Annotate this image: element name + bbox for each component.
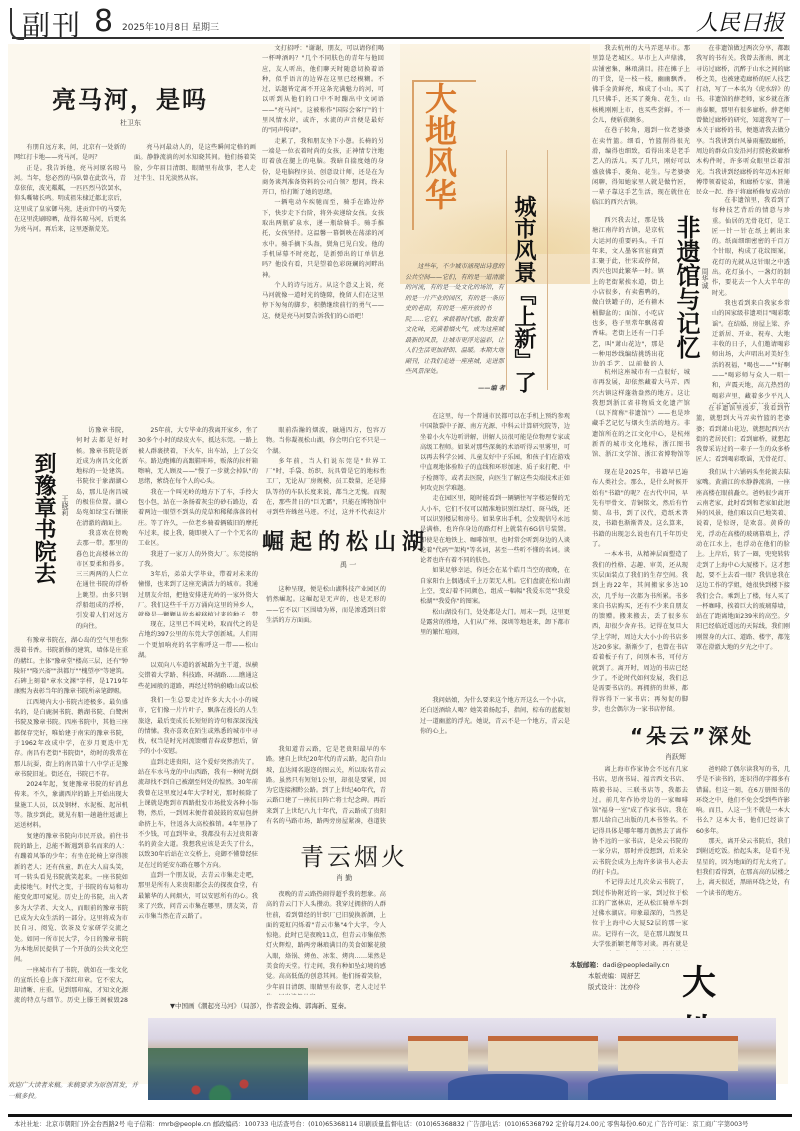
article-author-qingyun: 肖 勤	[336, 873, 352, 883]
paragraph: 如果足够幸运，你还会在某个皓月当空的夜晚，在自家阳台上偶遇成千上万架无人机。它们…	[420, 566, 570, 607]
article-body-feiyi-col1c: 杭州这座城市有一点很好，城市再发展，却依然藏着大马弄、西兴古镇这样蓬勃盎然的地方…	[592, 368, 690, 460]
paragraph: 一本本书，从精神层面塑造了我们的性格、志趣、审美，还从现实层面装点了我们的生存空…	[592, 550, 688, 715]
paragraph: 正是。我告诉他，亮马河原名晾马河。当年，您必烈的马队曾在此饮马，青草依依，波光粼…	[14, 164, 126, 236]
paragraph: 一座城市有了书院，就如在一张文化的宣纸长卷上落下深红印章。它不宏大，却清晰、庄重…	[14, 966, 128, 1007]
paragraph: 现在，这里已不叫光岭，取而代之的是占地约397公里的东莞大学创新城。人们用一个更…	[138, 620, 258, 661]
designer-name: 沈亦伶	[621, 983, 641, 991]
article-title-songshanhu: 崛起的松山湖	[262, 525, 430, 556]
editor-name: 周舒艺	[621, 972, 641, 980]
paragraph: 我问姑娘，为什么要来这个地方开这么一个小店，还白送酒给人喝？她笑着扬起手，指间，…	[420, 696, 570, 737]
article-body-songshanhu-col1b: 现在，这里已不叫光岭，取而代之的是占地约397公里的东莞大学创新城。人们用一个更…	[138, 620, 258, 692]
article-body-feiyi-col1b: 西兴我去过，那是钱塘江南岸的古镇，是京杭大运河的重要码头。千百年来，文人墨客官宦…	[592, 216, 664, 366]
issue-date: 2025年10月8日 星期三	[122, 20, 219, 33]
paragraph: 在非遗馆做过两次分享，都跟我写的书有关。我曾去浙南、闽北寻访过廊桥，沉醉于山水之…	[696, 44, 790, 194]
paragraph: 我在一个叫光岭的地方下了车，手拎大包小包，站在一条扬着灰尘的砂石路边，看着两边一…	[138, 488, 258, 550]
paragraph: 以双向八车道的新城路为主干道，纵横交错着大学路、科技路、环湖路……瞧通这些花园般…	[138, 661, 258, 692]
email-label: 本版邮箱：	[570, 961, 603, 969]
article-body-qingyun-col2b: 夜晚的青云路热闹得超乎我的想象。高高的青云门下人头攒动。我穿过拥挤的人群往前，看…	[266, 890, 386, 995]
shrub-illustration	[448, 1074, 568, 1100]
article-body-songshanhu-col2b: 这种呈现，便是松山湖科技产业园区的悄然崛起。这崛起是无声的，也是无形的——它不以…	[266, 585, 386, 693]
paragraph: 访豫章书院，何时去都是好时候。豫章书院是新近成为南昌文化新地标的一处建筑。书院位…	[76, 426, 128, 529]
article-author-yuzhang: 王晓莉	[60, 495, 70, 516]
article-author-liangmahe: 杜卫东	[120, 118, 141, 128]
masthead: 副刊 8 2025年10月8日 星期三 人民日报	[8, 0, 792, 38]
paragraph: 我们从十六铺码头坐轮渡去陆家嘴。黄浦江的水静静流淌，一座座高楼在眼前矗立。爸妈很…	[696, 468, 790, 653]
paragraph: 在非遗馆里漫步，我看到竹篮，就想到大马弄卖竹篮的老婆婆；看到萧山花边，就想起西兴…	[696, 404, 790, 466]
paragraph: 有豫章书院在，湖心岛的空气里也弥漫着书香。书院新修的建筑，墙体是庄重的赭红。主体…	[14, 636, 128, 698]
building-illustration	[618, 1036, 738, 1071]
painting-image	[148, 1018, 776, 1100]
building-illustration	[488, 1036, 598, 1071]
paragraph: 文打招呼："谢谢，朋友，可以请你们喝一杯啤酒吗？"几个不同肤色的青年与他回应，友…	[262, 44, 384, 137]
paragraph: 离上海市作家协会不远有几家书店，思南书局、福音西文书店、陈毅书局、三联书店等，我…	[592, 765, 688, 878]
paragraph: 西兴我去过，那是钱塘江南岸的古镇，是京杭大运河的重要码头。千百年来，文人墨客官宦…	[592, 216, 664, 366]
footer-rule	[8, 1114, 792, 1117]
paragraph: 一辆电动车疾驰而至，骑手在路边停下，快步走下台阶，将外卖递给女孩。女孩取出两瓶矿…	[262, 198, 384, 280]
paragraph: 那天，离开朵云书院后，我们到附近吃饭。抬起头来，是看不见星星的，因为地面的灯光太…	[696, 837, 790, 899]
paragraph: 夜晚的青云路热闹得超乎我的想象。高高的青云门下人头攒动。我穿过拥挤的人群往前，看…	[266, 890, 386, 995]
editorial-info: 本版邮箱：dadi@peopledaily.cn 本版责编：周舒艺 版式设计：沈…	[570, 960, 669, 993]
shrub-illustration	[588, 1074, 728, 1100]
article-body-liangmahe-col1: 有朋自远方来，问，北京有一处新的网红打卡地——亮马河，是吗？ 正是。我告诉他，亮…	[14, 143, 126, 361]
flower-illustration	[148, 1048, 308, 1100]
paragraph: 直到一个朋友说，去青云市集走走吧，那里是所有人来贵阳都会去的探夜食堂，有最繁华的…	[138, 871, 258, 922]
article-body-duoyun-col2b: 爸妈除了偶尔读我写的书，几乎是不读书的，连识得的字都多有错漏。但这一刻，在6万册…	[696, 765, 790, 951]
article-body-feiyi-col1: 我去杭州的大马弄逛早市。那里算是老城区。早市上人声鼎沸，店铺密集，琳琅满目。挂在…	[592, 44, 690, 214]
paragraph: 3年后，弟弟大学毕业，带着对未来的憧憬，也来到了这座充满活力的城市。我通过朋友介…	[138, 570, 258, 616]
editor-intro: 这些年，不少城市涌现出诗意的公共空间——它们，有的是一道清澈的河流，有的是一处文…	[405, 262, 505, 394]
article-title-liangmahe: 亮马河，是吗	[52, 80, 208, 115]
paragraph: 25年前，大专毕业的我离开家乡，坐了30多个小时的绿皮火车，抵达东莞。一路上被人…	[138, 426, 258, 488]
vertical-rule	[506, 150, 507, 390]
article-title-qingyun: 青云烟火	[300, 837, 408, 872]
masthead-rule	[12, 37, 784, 39]
submission-callout: 欢迎广大读者来稿。来稿要求为原创首发，并一稿多投。	[8, 1080, 138, 1102]
paragraph: 我也看到来自我家乡常山的国家级非遗项目"喝彩歌谣"。在结婚、房屋上梁、乔迁新居、…	[712, 299, 790, 404]
intro-sign: ——编 者	[405, 384, 505, 395]
paragraph: 复建的豫章书院向市民开放。前往书院的路上，总能不断遇到慕名而来的人：有蹦着风筝的…	[14, 832, 128, 966]
paragraph: 亮马河最动人的，是这些瞬间定格的画面。静静流淌的河水知晓其间。他们扬着笑脸，少年…	[134, 143, 256, 184]
paragraph: 多年前，当人们说东莞是"世界工厂"时，手袋、纺织、玩具曾是它的地标性工厂，无论从…	[266, 457, 386, 516]
painting-caption: ▼中国画《潮起亮马河》（局部），作者段金梅、郭海新、夏秦。	[170, 1001, 351, 1010]
article-body-songshanhu-col2: 眼前浩瀚的烟波，融通四方，包容万物。当你凝视松山湖，你会明白它不只是一个湖。 多…	[266, 426, 386, 516]
paragraph: 现在是2025年，书籍早已遍布人类社会。那么，是什么时候开始有"书籍"的呢？在古…	[592, 468, 688, 550]
intro-text: 这些年，不少城市涌现出诗意的公共空间——它们，有的是一道清澈的河流，有的是一处文…	[405, 262, 505, 378]
feature-title: 城市风景『上新』了	[510, 195, 538, 393]
paragraph: 我们一生总要走过许多大大小小的城市，它们像一片片叶子，飘落在漫长的人生旅途，最后…	[138, 696, 258, 758]
article-body-yuzhang-col2: 有豫章书院在，湖心岛的空气里也弥漫着书香。书院新修的建筑，墙体是庄重的赭红。主体…	[14, 636, 128, 1006]
article-body-liangmahe-col3: 文打招呼："谢谢，朋友，可以请你们喝一杯啤酒吗？"几个不同肤色的青年与他回应，友…	[262, 44, 384, 406]
paragraph: 我去杭州的大马弄逛早市。那里算是老城区。早市上人声鼎沸，店铺密集，琳琅满目。挂在…	[592, 44, 690, 126]
designer-label: 版式设计：	[588, 983, 621, 991]
paragraph: 江西境内大小书院古迹极多。最负盛名的，是白鹿洞书院、鹅湖书院、白鹭洲书院及豫章书…	[14, 698, 128, 780]
article-body-qingyun-col3: 我问姑娘，为什么要来这个地方开这么一个小店，还白送酒给人喝？她笑着扬起手，指间，…	[420, 696, 570, 996]
newspaper-logo: 人民日报	[696, 6, 784, 37]
article-author-songshanhu: 禹 一	[340, 560, 356, 570]
article-author-feiyi: 周华诚	[700, 268, 710, 289]
article-body-feiyi-col2: 在非遗馆做过两次分享，都跟我写的书有关。我曾去浙南、闽北寻访过廊桥，沉醉于山水之…	[696, 44, 790, 194]
paragraph: 我进了一家万人的外资大厂。东莞接纳了我。	[138, 550, 258, 571]
paragraph: 有朋自远方来，问，北京有一处新的网红打卡地——亮马河，是吗？	[14, 143, 126, 164]
paragraph: 我喜欢在傍晚去那一带。那里的暮色比高楼林立的市区要柔和得多。三三两两的人伫立在通…	[76, 529, 128, 632]
article-title-duoyun: “朵云”深处	[630, 720, 754, 749]
paragraph: 直到走进贵阳，这个爱好突然消失了。站在车水马龙的中山西路，我有一种时光倒流却找不…	[138, 758, 258, 871]
paragraph: 爸妈除了偶尔读我写的书，几乎是不读书的，连识得的字都多有错漏。但这一刻，在6万册…	[696, 765, 790, 837]
paragraph: 在巷子转角，遇到一位老婆婆在卖竹篮。细看，竹篮削得很光滑，编得也细致，看得出来是…	[592, 126, 690, 208]
paragraph: 2024年起，复建豫章书院的好消息传来。不久，象湖西岸的路上开始出现大量施工人员…	[14, 780, 128, 831]
paragraph: 个人的诗与远方。从这个意义上说，亮马河就像一道时光的缝隙，挽留人们在这里停下匆匆…	[262, 281, 384, 322]
article-title-feiyi: 非遗馆与记忆	[672, 215, 700, 359]
paragraph: 杭州这座城市有一点很好，城市再发展，却依然藏着大马弄、西兴古镇这样蓬勃盎然的地方…	[592, 368, 690, 460]
paragraph: 松山湖没有门，处处都是大门。周末一到，这里更是露营的胜地，人们从广州、深圳等地赶…	[420, 608, 570, 639]
page-number: 8	[94, 4, 113, 39]
article-title-yuzhang: 到豫章书院去	[28, 452, 60, 584]
paragraph: 不记得去过几次朵云书院了，到过作协附近的一家，到过位于松江的广富林店，还从松江骑…	[592, 878, 688, 951]
footer-info: 本社社址：北京市朝阳门外金台西路2号 电子信箱：rmrb@people.cn 邮…	[14, 1119, 794, 1128]
article-body-duoyun-col2: 我们从十六铺码头坐轮渡去陆家嘴。黄浦江的水静静流淌，一座座高楼在眼前矗立。爸妈很…	[696, 468, 790, 718]
column-title: 大地风华	[420, 82, 458, 210]
article-body-songshanhu-col3: 在这里，每一个普通市民都可以在手机上预约参观中国散裂中子源、南方光源、中科云计算…	[420, 412, 570, 692]
paragraph: 走在园区里，随时能看到一辆辆往写字楼运餐的无人小车，它们不仅可以精准地识别红绿灯…	[420, 494, 570, 566]
article-body-qingyun-col2: 我知道青云路，它是老贵阳最早的车路。建自上世纪20年代的青云路，起自青山坡，直达…	[266, 745, 386, 825]
dadi-fenghua-banner: 大地风华	[400, 44, 590, 284]
paragraph: 这种呈现，便是松山湖科技产业园区的悄然崛起。这崛起是无声的，也是无形的——它不以…	[266, 585, 386, 626]
article-body-duoyun-col1b: 离上海市作家协会不远有几家书店，思南书局、福音西文书店、陈毅书局、三联书店等，我…	[592, 765, 688, 951]
article-author-duoyun: 肖跃辉	[665, 752, 686, 762]
article-body-songshanhu-col1: 25年前，大专毕业的我离开家乡，坐了30多个小时的绿皮火车，抵达东莞。一路上被人…	[138, 426, 258, 616]
paragraph: 走累了，我和朋友坐下小憩。长椅的另一端是一位衣着时尚的女孩，正神情专注地盯着放在…	[262, 137, 384, 199]
article-body-duoyun-col1: 现在是2025年，书籍早已遍布人类社会。那么，是什么时候开始有"书籍"的呢？在古…	[592, 468, 688, 718]
vertical-rule	[547, 150, 548, 390]
email-link[interactable]: dadi@peopledaily.cn	[603, 961, 670, 969]
article-body-feiyi-col4: 在非遗馆里漫步，我看到竹篮，就想到大马弄卖竹篮的老婆婆；看到萧山花边，就想起西兴…	[696, 404, 790, 466]
article-body-qingyun-col1: 我们一生总要走过许多大大小小的城市，它们像一片片叶子，飘落在漫长的人生旅途，最后…	[138, 696, 258, 996]
article-body-feiyi-col3: 在非遗馆里，我看到了每种技艺背后的情意与珍重。仙居的无骨花灯，是工匠一针一针在纸…	[712, 196, 790, 404]
article-body-liangmahe-col2: 亮马河最动人的，是这些瞬间定格的画面。静静流淌的河水知晓其间。他们扬着笑脸，少年…	[134, 143, 256, 361]
paragraph: 在这里，每一个普通市民都可以在手机上预约参观中国散裂中子源、南方光源、中科云计算…	[420, 412, 570, 494]
paragraph: 眼前浩瀚的烟波，融通四方，包容万物。当你凝视松山湖，你会明白它不只是一个湖。	[266, 426, 386, 457]
paragraph: 我知道青云路，它是老贵阳最早的车路。建自上世纪20年代的青云路，起自青山坡，直达…	[266, 745, 386, 825]
editor-label: 本版责编：	[588, 972, 621, 980]
building-illustration	[408, 1036, 468, 1071]
article-body-yuzhang-col1: 访豫章书院，何时去都是好时候。豫章书院是新近成为南昌文化新地标的一处建筑。书院位…	[76, 426, 128, 636]
paragraph: 在非遗馆里，我看到了每种技艺背后的情意与珍重。仙居的无骨花灯，是工匠一针一针在纸…	[712, 196, 790, 299]
